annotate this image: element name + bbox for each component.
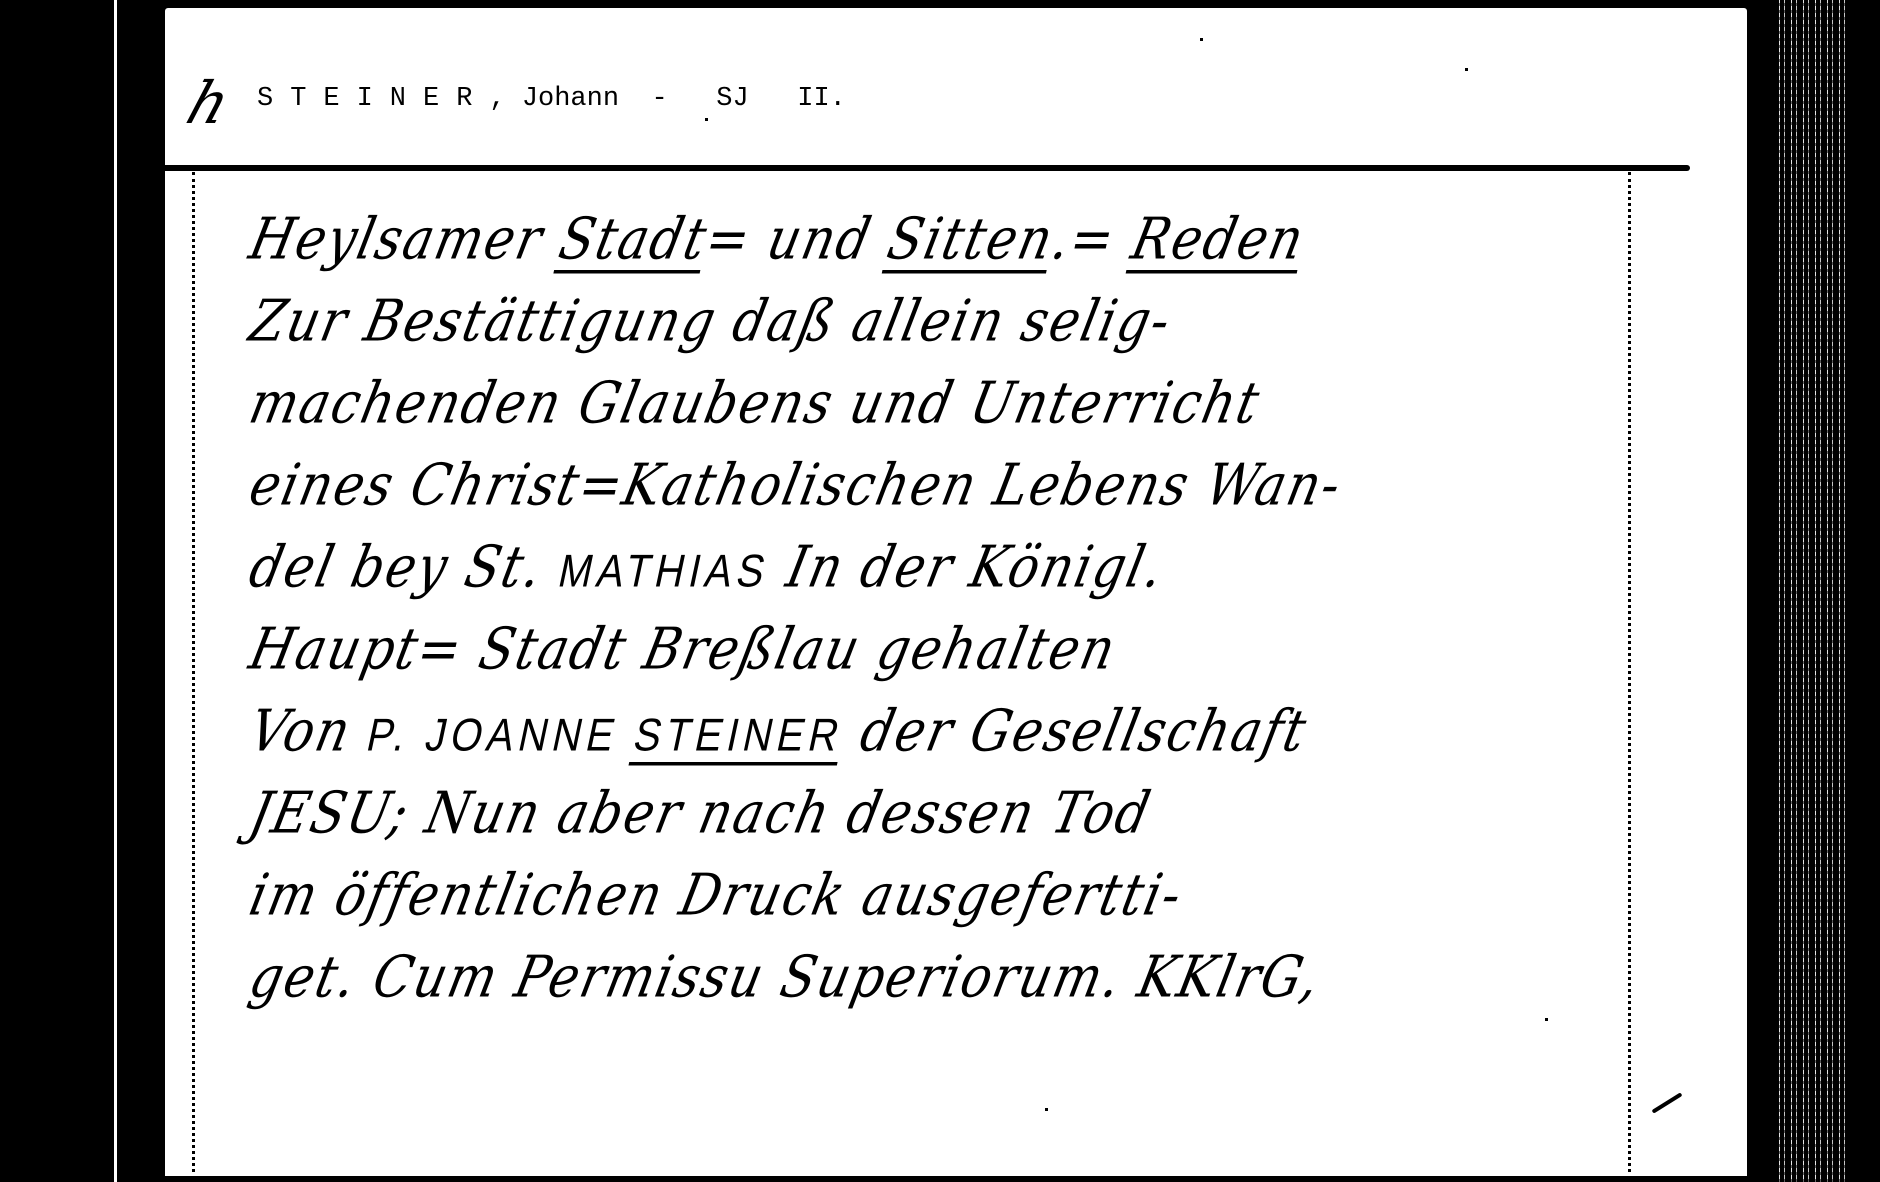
underlined-word: Stadt: [554, 206, 714, 273]
handwritten-line: get. Cum Permissu Superiorum. KKlrG,: [241, 930, 1641, 1024]
scan-speck: [1045, 1108, 1048, 1111]
text-segment: Haupt= Stadt Breßlau gehalten: [244, 616, 1123, 683]
text-segment: = und: [700, 206, 896, 273]
text-segment: machenden Glaubens und Unterricht: [244, 370, 1267, 437]
text-segment: del bey St.: [244, 534, 568, 601]
underlined-word: STEINER: [629, 710, 848, 761]
scan-speck: [705, 118, 708, 121]
text-segment: eines Christ=Katholischen Lebens Wan-: [244, 452, 1348, 519]
scan-speck: [1200, 38, 1203, 41]
underlined-word: Reden: [1126, 206, 1311, 273]
handwritten-body: Heylsamer Stadt= und Sitten.= RedenZur B…: [251, 198, 1631, 1018]
handwritten-line: Heylsamer Stadt= und Sitten.= Reden: [241, 192, 1641, 286]
comma: ,: [489, 84, 521, 114]
header-rule: [165, 165, 1690, 171]
order-abbrev: SJ: [716, 84, 748, 114]
scan-speck: [1545, 1018, 1548, 1021]
text-segment: Zur Bestättigung daß allein selig-: [244, 288, 1178, 355]
handwritten-initial-mark: h: [181, 74, 237, 132]
spacer: [619, 84, 651, 114]
handwritten-line: Haupt= Stadt Breßlau gehalten: [241, 602, 1641, 696]
spacer: [668, 84, 717, 114]
text-segment: get. Cum Permissu Superiorum. KKlrG,: [244, 944, 1327, 1011]
scan-edge-line: [114, 0, 117, 1182]
given-name: Johann: [522, 84, 619, 114]
underlined-word: Sitten: [882, 206, 1060, 273]
film-edge-noise: [1776, 0, 1848, 1182]
text-segment: der Gesellschaft: [837, 698, 1314, 765]
text-segment: JESU; Nun aber nach dessen Tod: [244, 780, 1158, 847]
handwritten-line: machenden Glaubens und Unterricht: [241, 356, 1641, 450]
index-card: h STEINER, Johann - SJ II. Heylsamer Sta…: [165, 8, 1747, 1176]
card-header: h STEINER, Johann - SJ II.: [165, 8, 1747, 168]
scan-speck: [1465, 68, 1468, 71]
text-segment: im öffentlichen Druck ausgefertti-: [244, 862, 1189, 929]
handwritten-line: eines Christ=Katholischen Lebens Wan-: [241, 438, 1641, 532]
surname: STEINER: [257, 84, 489, 114]
text-segment: P. JOANNE: [362, 710, 640, 761]
left-margin-dotted-line: [192, 172, 195, 1172]
text-segment: In der Königl.: [763, 534, 1171, 601]
dash: -: [651, 84, 667, 114]
handwritten-line: JESU; Nun aber nach dessen Tod: [241, 766, 1641, 860]
text-segment: Von: [244, 698, 376, 765]
handwritten-line: del bey St. MATHIAS In der Königl.: [241, 520, 1641, 614]
handwritten-line: im öffentlichen Druck ausgefertti-: [241, 848, 1641, 942]
corner-pen-mark: [1652, 1092, 1683, 1113]
text-segment: Heylsamer: [244, 206, 568, 273]
card-title: STEINER, Johann - SJ II.: [257, 84, 846, 114]
card-number: II.: [797, 84, 846, 114]
handwritten-line: Zur Bestättigung daß allein selig-: [241, 274, 1641, 368]
handwritten-line: Von P. JOANNE STEINER der Gesellschaft: [241, 684, 1641, 778]
text-segment: .=: [1046, 206, 1140, 273]
spacer: [749, 84, 798, 114]
text-segment: MATHIAS: [554, 546, 775, 597]
